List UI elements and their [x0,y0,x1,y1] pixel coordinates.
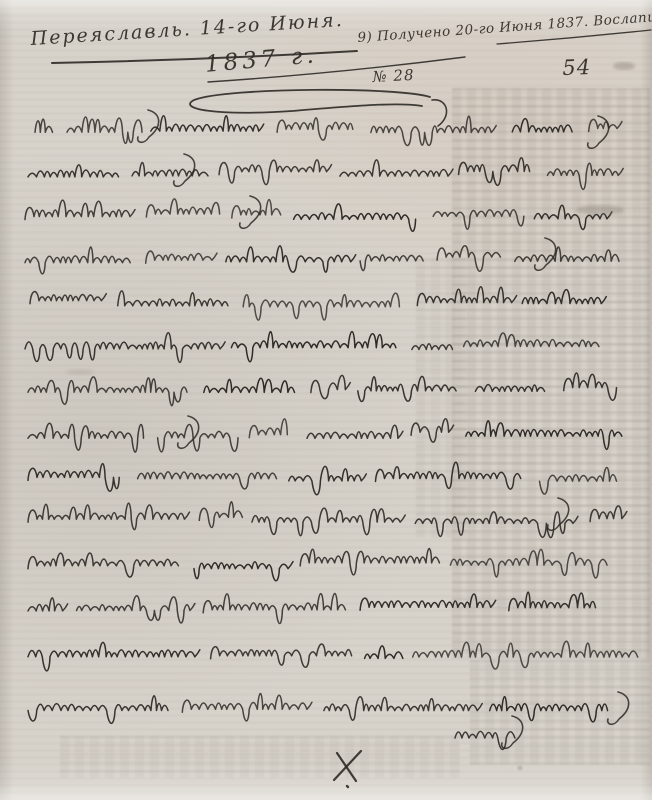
flourish-stroke [190,90,430,113]
handwriting-line-9 [138,472,277,489]
end-x-mark [337,753,356,781]
handwriting-line-2 [219,160,331,185]
handwriting-line-8 [158,424,238,451]
curl-flourish [502,716,523,748]
scanned-letter-page: Переяславль. 14-го Июня. 1837 г. 9) Полу… [0,0,652,800]
catchword [455,731,515,749]
handwriting-line-1 [512,119,572,132]
handwriting-line-6 [231,332,396,362]
handwriting-line-3 [146,199,219,217]
handwriting-line-1 [67,117,142,143]
handwriting-line-3 [534,205,612,229]
handwriting-line-12 [360,594,496,610]
handwriting-line-5 [243,293,399,320]
handwriting-line-3 [433,210,524,229]
flourish-stroke [432,100,447,126]
handwriting-line-8 [307,425,403,438]
handwriting-line-4 [515,247,619,261]
curl-flourish [548,498,569,530]
end-x-mark-dot [347,786,348,787]
handwriting-line-2 [132,162,208,175]
handwriting-line-13 [211,644,352,667]
bleedthrough-text-ghost [452,88,650,658]
handwriting-line-7 [204,378,295,392]
handwriting-line-14 [490,697,608,722]
handwriting-line-10 [590,506,627,522]
handwriting-line-1 [277,118,353,140]
handwriting-line-14 [182,693,312,720]
handwriting-line-2 [340,160,453,176]
handwriting-line-1 [151,116,264,131]
handwriting-line-8 [466,421,622,450]
pencil-smudge [66,369,94,375]
handwriting-line-1 [589,119,622,131]
curl-flourish [174,154,195,186]
handwriting-line-6 [464,333,599,347]
handwriting-line-11 [194,562,293,581]
handwriting-line-1 [35,119,53,132]
handwriting-line-3 [25,200,135,219]
handwriting-line-13 [413,641,638,669]
handwriting-line-12 [28,598,68,611]
pencil-smudge [576,205,624,215]
handwriting-line-8 [249,419,287,438]
handwriting-line-9 [376,462,521,489]
handwriting-line-2 [548,163,624,189]
handwriting-line-12 [77,596,195,623]
handwriting-line-5 [417,287,516,306]
handwriting-line-10 [199,502,242,528]
end-x-mark [334,751,361,780]
handwriting-line-4 [360,255,423,271]
curl-flourish [178,416,199,448]
handwriting-line-2 [28,165,118,177]
bleedthrough-text-ghost [416,258,466,538]
handwriting-line-9 [289,466,367,494]
handwriting-line-7 [28,377,187,406]
bleedthrough-text-ghost [60,736,460,778]
handwriting-line-14 [324,697,482,720]
page-number: 54 [562,55,592,80]
handwriting-layer [0,0,652,800]
curl-flourish [608,692,629,724]
handwriting-line-12 [509,592,596,611]
handwriting-line-8 [411,419,454,442]
handwriting-line-14 [28,696,168,724]
letter-number-annotation: № 28 [372,66,415,86]
handwriting-line-13 [28,642,200,671]
handwriting-line-5 [522,290,606,304]
handwriting-line-12 [203,593,345,623]
handwriting-line-8 [28,423,144,452]
handwriting-line-6 [412,344,453,350]
pencil-smudge [518,766,523,770]
handwriting-line-3 [294,204,416,231]
handwriting-line-7 [475,384,544,391]
curl-flourish [138,110,159,142]
bleedthrough-text-ghost [470,660,650,765]
handwriting-line-11 [28,553,178,577]
handwriting-line-7 [564,373,617,400]
curl-flourish [240,196,261,228]
received-annotation: 9) Получено 20-го Июня 1837. Вослапшева [357,7,652,46]
handwriting-line-6 [25,333,225,363]
handwriting-line-1 [371,116,496,145]
handwriting-line-10 [252,508,405,536]
paper-texture [0,0,652,800]
curl-flourish [535,238,556,270]
handwriting-line-11 [450,549,607,578]
year-heading: 1837 г. [204,42,319,78]
handwriting-line-13 [365,646,403,659]
handwriting-line-11 [300,549,439,575]
handwriting-line-9 [28,464,119,492]
handwriting-line-7 [311,375,350,398]
handwriting-line-3 [232,200,281,218]
handwriting-line-5 [118,291,228,306]
handwriting-line-4 [226,246,356,272]
handwriting-line-9 [540,468,617,494]
handwriting-line-4 [25,247,130,274]
curl-flourish [588,116,609,148]
handwriting-line-2 [459,158,530,186]
handwriting-line-4 [146,251,217,263]
handwriting-line-4 [437,246,500,272]
pencil-smudge [613,62,635,70]
handwriting-line-5 [30,292,106,304]
handwriting-line-10 [415,512,578,538]
handwriting-line-10 [28,503,189,529]
handwriting-line-7 [358,376,456,401]
